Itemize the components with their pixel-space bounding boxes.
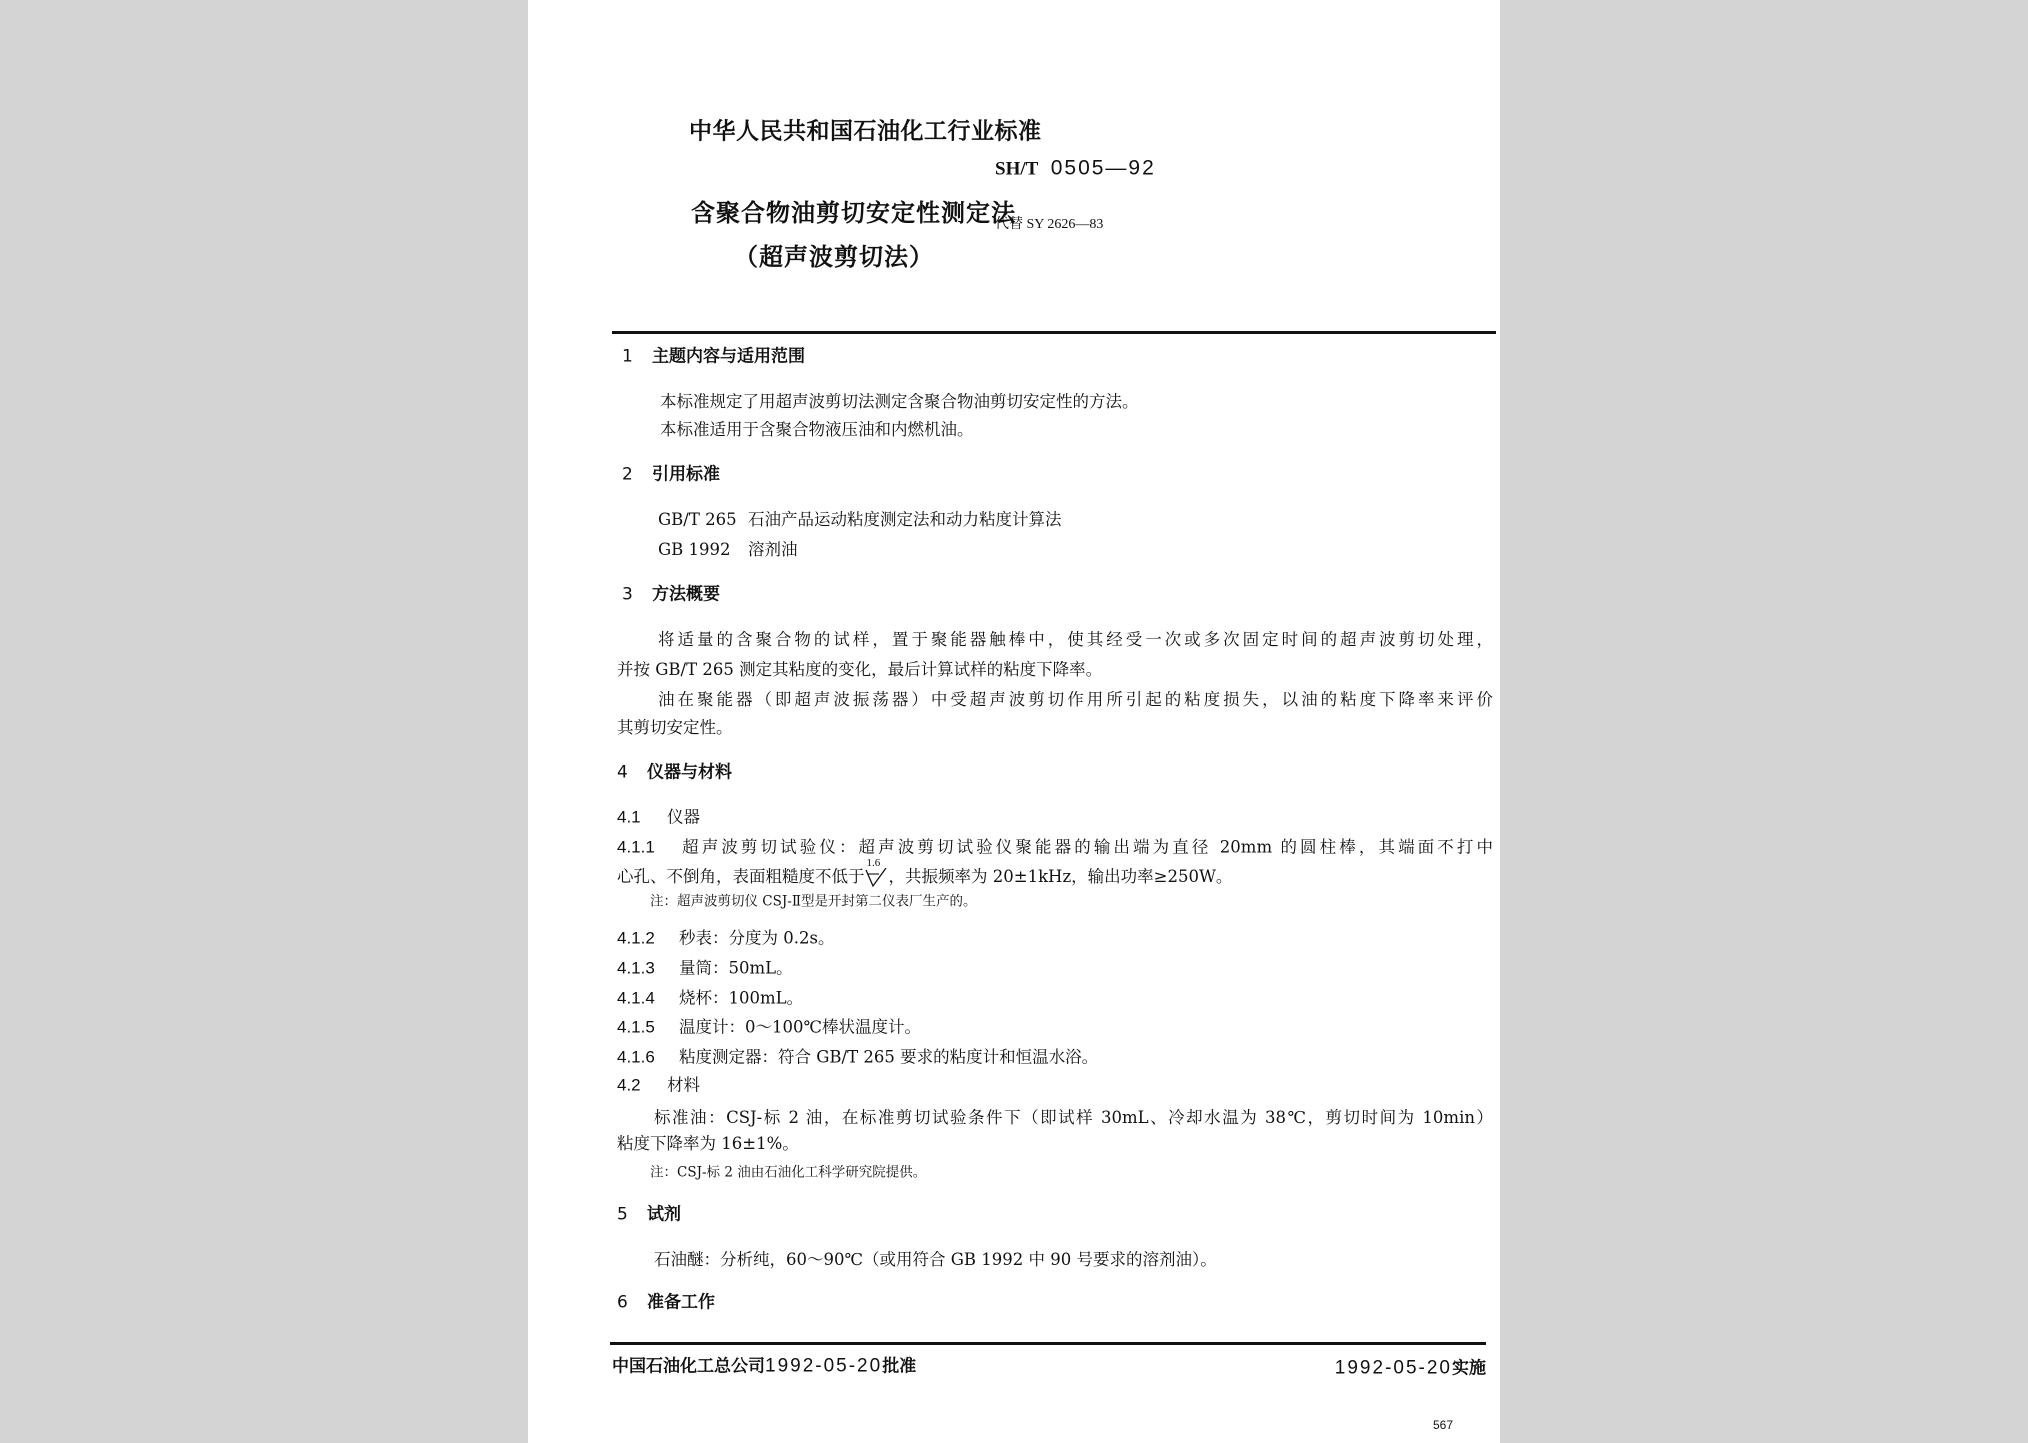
note: 注：CSJ-标 2 油由石油化工科学研究院提供。: [650, 1166, 926, 1180]
document-page: 中华人民共和国石油化工行业标准 SH/T 0505—92 含聚合物油剪切安定性测…: [528, 0, 1500, 1443]
subsection-4-1-heading: 4.1仪器: [617, 808, 700, 826]
clause-text: 秒表：分度为 0.2s。: [679, 928, 834, 947]
clause-item: 4.1.6粘度测定器：符合 GB/T 265 要求的粘度计和恒温水浴。: [617, 1048, 1098, 1066]
clause-text: 量筒：50mL。: [679, 958, 793, 977]
paragraph-line: 油在聚能器（即超声波振荡器）中受超声波剪切作用所引起的粘度损失，以油的粘度下降率…: [658, 692, 1493, 709]
paragraph: 本标准适用于含聚合物液压油和内燃机油。: [660, 422, 974, 439]
clause-number: 4.1.3: [617, 959, 679, 976]
replaces-standard: 代替 SY 2626—83: [995, 218, 1103, 232]
document-title: 含聚合物油剪切安定性测定法: [691, 201, 1016, 225]
paragraph-line: 粘度下降率为 16±1%。: [617, 1136, 799, 1153]
approval-label: 批准: [882, 1357, 916, 1377]
clause-number: 4.1: [617, 808, 667, 825]
section-2-heading: 2引用标准: [622, 467, 720, 484]
subsection-4-2-heading: 4.2材料: [617, 1076, 700, 1094]
effective-label: 实施: [1452, 1359, 1486, 1379]
clause-item: 4.1.5温度计：0～100℃棒状温度计。: [617, 1018, 921, 1036]
standard-code-prefix: SH/T: [995, 159, 1038, 180]
approval-statement: 中国石油化工总公司1992-05-20批准: [612, 1357, 916, 1376]
approval-date: 1992-05-20: [765, 1356, 882, 1377]
clause-text: 心孔、不倒角，表面粗糙度不低于: [617, 867, 865, 886]
clause-number: 4.1.1: [617, 838, 679, 855]
clause-number: 4.1.2: [617, 929, 679, 946]
paragraph-line: 将适量的含聚合物的试样，置于聚能器触棒中，使其经受一次或多次固定时间的超声波剪切…: [658, 632, 1493, 649]
section-3-heading: 3方法概要: [622, 587, 720, 604]
section-number: 3: [622, 587, 652, 604]
section-number: 4: [617, 765, 647, 782]
reference-name: 溶剂油: [748, 540, 798, 559]
section-title: 仪器与材料: [647, 763, 732, 783]
clause-title: 材料: [667, 1075, 700, 1094]
document-subtitle: （超声波剪切法）: [734, 245, 934, 269]
clause-item: 4.1.2秒表：分度为 0.2s。: [617, 929, 834, 947]
reference-code: GB/T 265: [658, 512, 748, 529]
clause-number: 4.2: [617, 1076, 667, 1093]
section-1-heading: 1主题内容与适用范围: [622, 349, 805, 366]
section-number: 1: [622, 349, 652, 366]
reference-item: GB 1992溶剂油: [658, 542, 798, 559]
section-4-heading: 4仪器与材料: [617, 765, 732, 782]
section-title: 主题内容与适用范围: [652, 347, 805, 367]
note: 注：超声波剪切仪 CSJ-Ⅱ型是开封第二仪表厂生产的。: [650, 895, 977, 909]
approving-authority: 中国石油化工总公司: [612, 1357, 765, 1377]
clause-4-1-1-line-1: 4.1.1超声波剪切试验仪：超声波剪切试验仪聚能器的输出端为直径 20mm 的圆…: [617, 838, 1493, 856]
section-title: 方法概要: [652, 585, 720, 605]
page-number: 567: [1433, 1419, 1453, 1431]
clause-item: 4.1.4烧杯：100mL。: [617, 989, 803, 1007]
clause-text: 超声波剪切试验仪：超声波剪切试验仪聚能器的输出端为直径 20mm 的圆柱棒，其端…: [679, 837, 1493, 856]
reference-name: 石油产品运动粘度测定法和动力粘度计算法: [748, 510, 1062, 529]
section-title: 准备工作: [647, 1293, 715, 1313]
paragraph: 石油醚：分析纯，60～90℃（或用符合 GB 1992 中 90 号要求的溶剂油…: [654, 1252, 1217, 1269]
section-title: 引用标准: [652, 465, 720, 485]
section-5-heading: 5试剂: [617, 1207, 681, 1224]
paragraph-line: 标准油：CSJ-标 2 油，在标准剪切试验条件下（即试样 30mL、冷却水温为 …: [654, 1110, 1493, 1127]
clause-4-1-1-line-2: 心孔、不倒角，表面粗糙度不低于1.6，共振频率为 20±1kHz，输出功率≥25…: [617, 862, 1232, 888]
clause-item: 4.1.3量筒：50mL。: [617, 959, 793, 977]
standard-body-heading: 中华人民共和国石油化工行业标准: [689, 121, 1042, 144]
effective-date: 1992-05-20: [1335, 1358, 1452, 1379]
paragraph: 本标准规定了用超声波剪切法测定含聚合物油剪切安定性的方法。: [660, 394, 1139, 411]
clause-number: 4.1.5: [617, 1018, 679, 1035]
clause-text: ，共振频率为 20±1kHz，输出功率≥250W。: [889, 867, 1233, 886]
paragraph-line: 其剪切安定性。: [617, 720, 733, 737]
reference-item: GB/T 265石油产品运动粘度测定法和动力粘度计算法: [658, 512, 1062, 529]
reference-code: GB 1992: [658, 542, 748, 559]
clause-text: 粘度测定器：符合 GB/T 265 要求的粘度计和恒温水浴。: [679, 1047, 1098, 1066]
section-number: 6: [617, 1295, 647, 1312]
standard-code: SH/T 0505—92: [995, 158, 1156, 179]
header-rule: [612, 331, 1496, 334]
clause-text: 温度计：0～100℃棒状温度计。: [679, 1017, 921, 1036]
clause-text: 烧杯：100mL。: [679, 988, 803, 1007]
surface-roughness-symbol-icon: 1.6: [865, 862, 889, 888]
effective-statement: 1992-05-20实施: [1335, 1359, 1486, 1378]
clause-title: 仪器: [667, 807, 700, 826]
clause-number: 4.1.4: [617, 989, 679, 1006]
section-6-heading: 6准备工作: [617, 1295, 715, 1312]
section-number: 2: [622, 467, 652, 484]
paragraph-line: 并按 GB/T 265 测定其粘度的变化，最后计算试样的粘度下降率。: [617, 662, 1102, 679]
section-title: 试剂: [647, 1205, 681, 1225]
clause-number: 4.1.6: [617, 1048, 679, 1065]
section-number: 5: [617, 1207, 647, 1224]
footer-rule: [610, 1342, 1486, 1345]
standard-code-number: 0505—92: [1051, 157, 1156, 180]
